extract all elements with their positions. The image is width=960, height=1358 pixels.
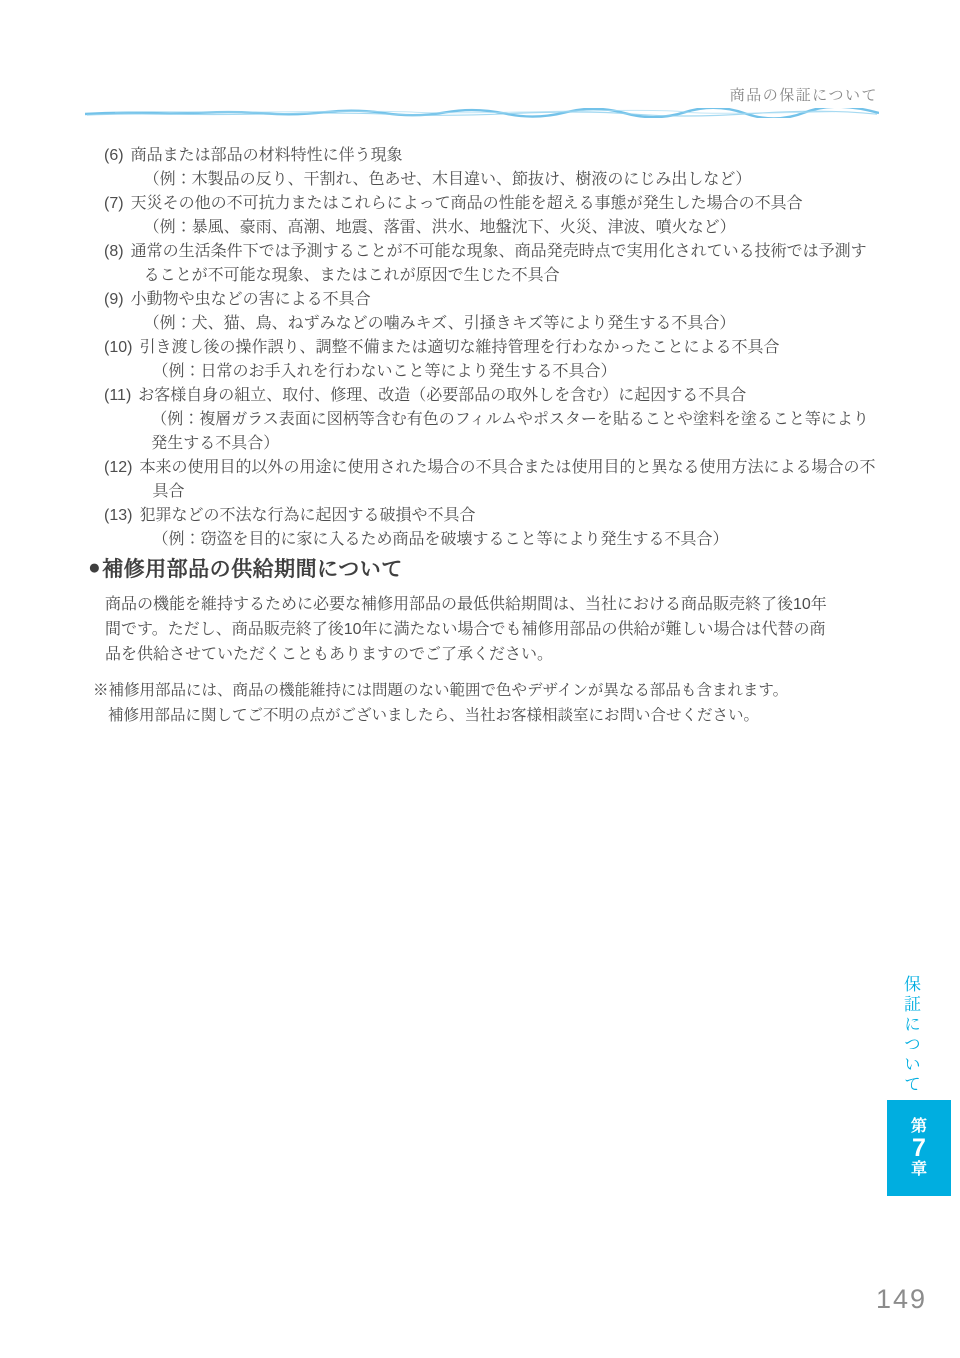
item-example: （例：日常のお手入れを行わないこと等により発生する不具合） (139, 360, 882, 384)
item-example: （例：複層ガラス表面に図柄等含む有色のフィルムやポスターを貼ることや塗料を塗るこ… (138, 408, 882, 456)
chapter-prefix: 第 (911, 1118, 927, 1136)
item-text: 犯罪などの不法な行為に起因する破損や不具合 (139, 504, 882, 528)
paragraph-line: 品を供給させていただくこともありますのでご了承ください。 (105, 642, 883, 667)
chapter-suffix: 章 (911, 1161, 927, 1179)
header-brush-line-decoration (85, 108, 879, 118)
section-heading-supply-period: ● 補修用部品の供給期間について (88, 553, 403, 583)
item-text: お客様自身の組立、取付、修理、改造（必要部品の取外しを含む）に起因する不具合 (138, 384, 882, 408)
item-text: 商品または部品の材料特性に伴う現象 (131, 144, 882, 168)
item-number: (10) (104, 336, 132, 384)
paragraph-line: 商品の機能を維持するために必要な補修用部品の最低供給期間は、当社における商品販売… (105, 592, 883, 617)
item-example: （例：暴風、豪雨、高潮、地震、落雷、洪水、地盤沈下、火災、津波、噴火など） (131, 216, 882, 240)
item-text: 小動物や虫などの害による不具合 (131, 288, 882, 312)
item-text: 本来の使用目的以外の用途に使用された場合の不具合または使用目的と異なる使用方法に… (139, 456, 882, 504)
list-item: (6) 商品または部品の材料特性に伴う現象 （例：木製品の反り、干割れ、色あせ、… (104, 144, 882, 192)
list-item: (8) 通常の生活条件下では予測することが不可能な現象、商品発売時点で実用化され… (104, 240, 882, 288)
item-text: 通常の生活条件下では予測することが不可能な現象、商品発売時点で実用化されている技… (131, 240, 882, 288)
list-item: (13) 犯罪などの不法な行為に起因する破損や不具合 （例：窃盗を目的に家に入る… (104, 504, 882, 552)
item-text: 天災その他の不可抗力またはこれらによって商品の性能を超える事態が発生した場合の不… (131, 192, 882, 216)
item-text: 引き渡し後の操作誤り、調整不備または適切な維持管理を行わなかったことによる不具合 (139, 336, 882, 360)
paragraph-line: 間です。ただし、商品販売終了後10年に満たない場合でも補修用部品の供給が難しい場… (105, 617, 883, 642)
list-item: (11) お客様自身の組立、取付、修理、改造（必要部品の取外しを含む）に起因する… (104, 384, 882, 456)
list-item: (10) 引き渡し後の操作誤り、調整不備または適切な維持管理を行わなかったことに… (104, 336, 882, 384)
item-number: (7) (104, 192, 124, 240)
list-item: (12) 本来の使用目的以外の用途に使用された場合の不具合または使用目的と異なる… (104, 456, 882, 504)
supply-period-paragraph: 商品の機能を維持するために必要な補修用部品の最低供給期間は、当社における商品販売… (105, 592, 883, 667)
document-page: 商品の保証について (6) 商品または部品の材料特性に伴う現象 （例：木製品の反… (0, 0, 960, 1358)
sidebar-chapter-title-vertical: 保証について (898, 975, 923, 1095)
item-example: （例：犬、猫、鳥、ねずみなどの噛みキズ、引掻きキズ等により発生する不具合） (131, 312, 882, 336)
page-header-title: 商品の保証について (730, 84, 878, 105)
note-line: ※補修用部品には、商品の機能維持には問題のない範囲で色やデザインが異なる部品も含… (93, 678, 883, 703)
chapter-number: 7 (912, 1136, 926, 1161)
chapter-7-tab: 第 7 章 (887, 1100, 951, 1196)
page-number: 149 (876, 1284, 927, 1315)
note-line: 補修用部品に関してご不明の点がございましたら、当社お客様相談室にお問い合せくださ… (93, 703, 883, 728)
supply-period-note: ※補修用部品には、商品の機能維持には問題のない範囲で色やデザインが異なる部品も含… (93, 678, 883, 728)
warranty-exclusion-list: (6) 商品または部品の材料特性に伴う現象 （例：木製品の反り、干割れ、色あせ、… (104, 144, 882, 552)
item-example: （例：窃盗を目的に家に入るため商品を破壊すること等により発生する不具合） (139, 528, 882, 552)
bullet-icon: ● (88, 556, 101, 580)
list-item: (7) 天災その他の不可抗力またはこれらによって商品の性能を超える事態が発生した… (104, 192, 882, 240)
list-item: (9) 小動物や虫などの害による不具合 （例：犬、猫、鳥、ねずみなどの噛みキズ、… (104, 288, 882, 336)
item-number: (9) (104, 288, 124, 336)
item-number: (8) (104, 240, 124, 288)
item-number: (11) (104, 384, 131, 456)
item-number: (6) (104, 144, 124, 192)
item-number: (12) (104, 456, 132, 504)
item-number: (13) (104, 504, 132, 552)
item-example: （例：木製品の反り、干割れ、色あせ、木目違い、節抜け、樹液のにじみ出しなど） (131, 168, 882, 192)
section-heading-text: 補修用部品の供給期間について (102, 553, 403, 583)
